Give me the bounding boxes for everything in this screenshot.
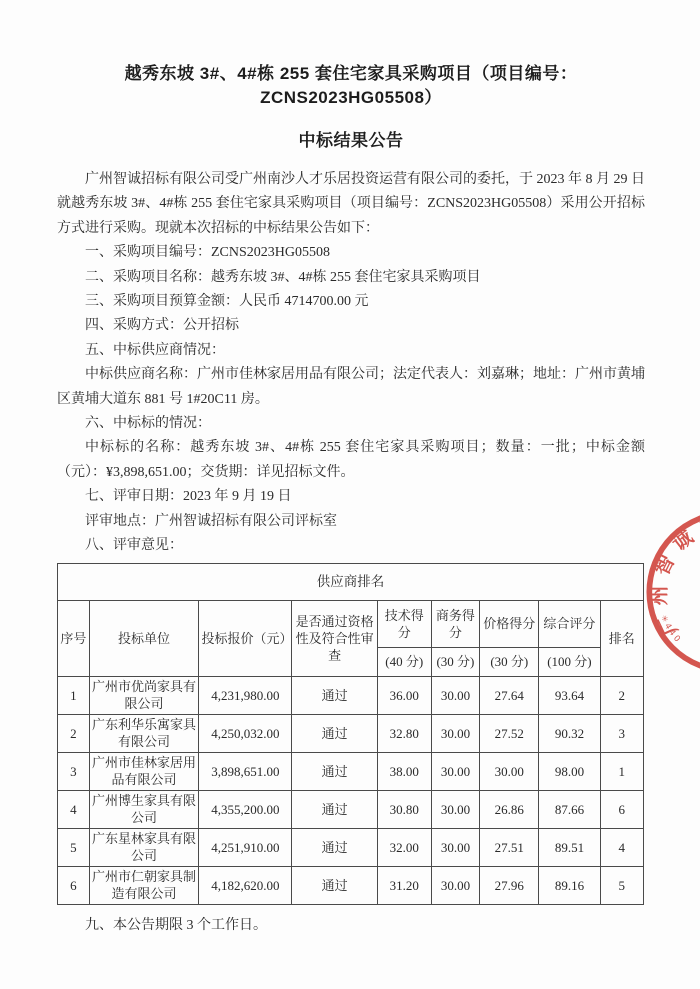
cell-bidder: 广东利华乐寓家具有限公司 [89, 714, 199, 752]
cell-business-score: 30.00 [431, 828, 480, 866]
col-header-bidder: 投标单位 [89, 600, 199, 676]
para-item-8: 八、评审意见： [57, 534, 645, 558]
para-review-location: 评审地点：广州智诚招标有限公司评标室 [57, 510, 645, 534]
cell-bidder: 广州博生家具有限公司 [89, 790, 199, 828]
cell-qualification: 通过 [292, 676, 378, 714]
table-row: 5 广东星林家具有限公司 4,251,910.00 通过 32.00 30.00… [58, 828, 644, 866]
supplier-ranking-table: 供应商排名 序号 投标单位 投标报价（元） 是否通过资格性及符合性审查 技术得分… [57, 563, 644, 905]
col-header-tech-max: (40 分) [377, 647, 431, 676]
cell-total-score: 90.32 [539, 714, 600, 752]
cell-seq: 3 [58, 752, 90, 790]
cell-total-score: 87.66 [539, 790, 600, 828]
table-row: 3 广州市佳林家居用品有限公司 3,898,651.00 通过 38.00 30… [58, 752, 644, 790]
table-row: 1 广州市优尚家具有限公司 4,231,980.00 通过 36.00 30.0… [58, 676, 644, 714]
cell-price: 4,182,620.00 [199, 866, 292, 904]
cell-tech-score: 30.80 [377, 790, 431, 828]
col-header-seq: 序号 [58, 600, 90, 676]
cell-price: 4,355,200.00 [199, 790, 292, 828]
cell-rank: 3 [600, 714, 643, 752]
cell-tech-score: 38.00 [377, 752, 431, 790]
table-row: 4 广州博生家具有限公司 4,355,200.00 通过 30.80 30.00… [58, 790, 644, 828]
seal-company-text: 广州智诚招标有限公司 [649, 511, 700, 641]
table-caption: 供应商排名 [58, 563, 644, 600]
cell-tech-score: 31.20 [377, 866, 431, 904]
col-header-bid-price: 投标报价（元） [199, 600, 292, 676]
cell-business-score: 30.00 [431, 790, 480, 828]
para-item-1: 一、采购项目编号：ZCNS2023HG05508 [57, 241, 645, 265]
official-seal: 广州智诚招标有限公司 ✳4401 [640, 504, 700, 680]
table-row: 6 广州市仁朝家具制造有限公司 4,182,620.00 通过 31.20 30… [58, 866, 644, 904]
cell-price: 4,250,032.00 [199, 714, 292, 752]
cell-price: 3,898,651.00 [199, 752, 292, 790]
cell-price-score: 27.64 [480, 676, 539, 714]
col-header-business-score: 商务得分 [431, 600, 480, 647]
cell-qualification: 通过 [292, 828, 378, 866]
doc-body: 广州智诚招标有限公司受广州南沙人才乐居投资运营有限公司的委托，于 2023 年 … [57, 168, 645, 559]
table-header-row: 序号 投标单位 投标报价（元） 是否通过资格性及符合性审查 技术得分 商务得分 … [58, 600, 644, 647]
cell-qualification: 通过 [292, 866, 378, 904]
cell-rank: 1 [600, 752, 643, 790]
para-item-5: 五、中标供应商情况： [57, 339, 645, 363]
para-intro: 广州智诚招标有限公司受广州南沙人才乐居投资运营有限公司的委托，于 2023 年 … [57, 168, 645, 241]
col-header-tech-score: 技术得分 [377, 600, 431, 647]
cell-total-score: 89.16 [539, 866, 600, 904]
cell-bidder: 广州市佳林家居用品有限公司 [89, 752, 199, 790]
table-row: 2 广东利华乐寓家具有限公司 4,250,032.00 通过 32.80 30.… [58, 714, 644, 752]
cell-total-score: 98.00 [539, 752, 600, 790]
col-header-price-max: (30 分) [480, 647, 539, 676]
cell-business-score: 30.00 [431, 714, 480, 752]
col-header-overall-max: (100 分) [539, 647, 600, 676]
doc-title-line2: 中标结果公告 [57, 129, 645, 153]
cell-tech-score: 36.00 [377, 676, 431, 714]
cell-qualification: 通过 [292, 714, 378, 752]
document-content: 越秀东坡 3#、4#栋 255 套住宅家具采购项目（项目编号：ZCNS2023H… [57, 0, 645, 938]
cell-bidder: 广州市仁朝家具制造有限公司 [89, 866, 199, 904]
cell-seq: 5 [58, 828, 90, 866]
cell-price-score: 26.86 [480, 790, 539, 828]
cell-seq: 6 [58, 866, 90, 904]
cell-seq: 4 [58, 790, 90, 828]
para-award-detail: 中标标的名称：越秀东坡 3#、4#栋 255 套住宅家具采购项目；数量：一批；中… [57, 436, 645, 485]
para-item-2: 二、采购项目名称：越秀东坡 3#、4#栋 255 套住宅家具采购项目 [57, 266, 645, 290]
cell-price-score: 27.51 [480, 828, 539, 866]
cell-total-score: 89.51 [539, 828, 600, 866]
table-caption-row: 供应商排名 [58, 563, 644, 600]
cell-business-score: 30.00 [431, 752, 480, 790]
cell-business-score: 30.00 [431, 676, 480, 714]
doc-title-line1: 越秀东坡 3#、4#栋 255 套住宅家具采购项目（项目编号：ZCNS2023H… [57, 62, 645, 110]
cell-qualification: 通过 [292, 790, 378, 828]
col-header-business-max: (30 分) [431, 647, 480, 676]
cell-price: 4,231,980.00 [199, 676, 292, 714]
cell-price-score: 30.00 [480, 752, 539, 790]
col-header-overall-score: 综合评分 [539, 600, 600, 647]
cell-price-score: 27.52 [480, 714, 539, 752]
col-header-qualification: 是否通过资格性及符合性审查 [292, 600, 378, 676]
para-closing: 九、本公告期限 3 个工作日。 [57, 914, 645, 938]
cell-bidder: 广东星林家具有限公司 [89, 828, 199, 866]
cell-price: 4,251,910.00 [199, 828, 292, 866]
cell-tech-score: 32.80 [377, 714, 431, 752]
cell-business-score: 30.00 [431, 866, 480, 904]
cell-price-score: 27.96 [480, 866, 539, 904]
cell-tech-score: 32.00 [377, 828, 431, 866]
cell-rank: 2 [600, 676, 643, 714]
cell-seq: 1 [58, 676, 90, 714]
para-item-4: 四、采购方式：公开招标 [57, 314, 645, 338]
para-item-7: 七、评审日期：2023 年 9 月 19 日 [57, 485, 645, 509]
para-item-3: 三、采购项目预算金额：人民币 4714700.00 元 [57, 290, 645, 314]
cell-qualification: 通过 [292, 752, 378, 790]
col-header-price-score: 价格得分 [480, 600, 539, 647]
cell-rank: 4 [600, 828, 643, 866]
cell-rank: 5 [600, 866, 643, 904]
seal-company-arc: 广州智诚招标有限公司 [649, 511, 700, 641]
para-item-6: 六、中标标的情况： [57, 412, 645, 436]
para-supplier-detail: 中标供应商名称：广州市佳林家居用品有限公司；法定代表人：刘嘉琳；地址：广州市黄埔… [57, 363, 645, 412]
cell-total-score: 93.64 [539, 676, 600, 714]
document-page: 越秀东坡 3#、4#栋 255 套住宅家具采购项目（项目编号：ZCNS2023H… [0, 0, 700, 989]
cell-bidder: 广州市优尚家具有限公司 [89, 676, 199, 714]
cell-seq: 2 [58, 714, 90, 752]
col-header-rank: 排名 [600, 600, 643, 676]
cell-rank: 6 [600, 790, 643, 828]
